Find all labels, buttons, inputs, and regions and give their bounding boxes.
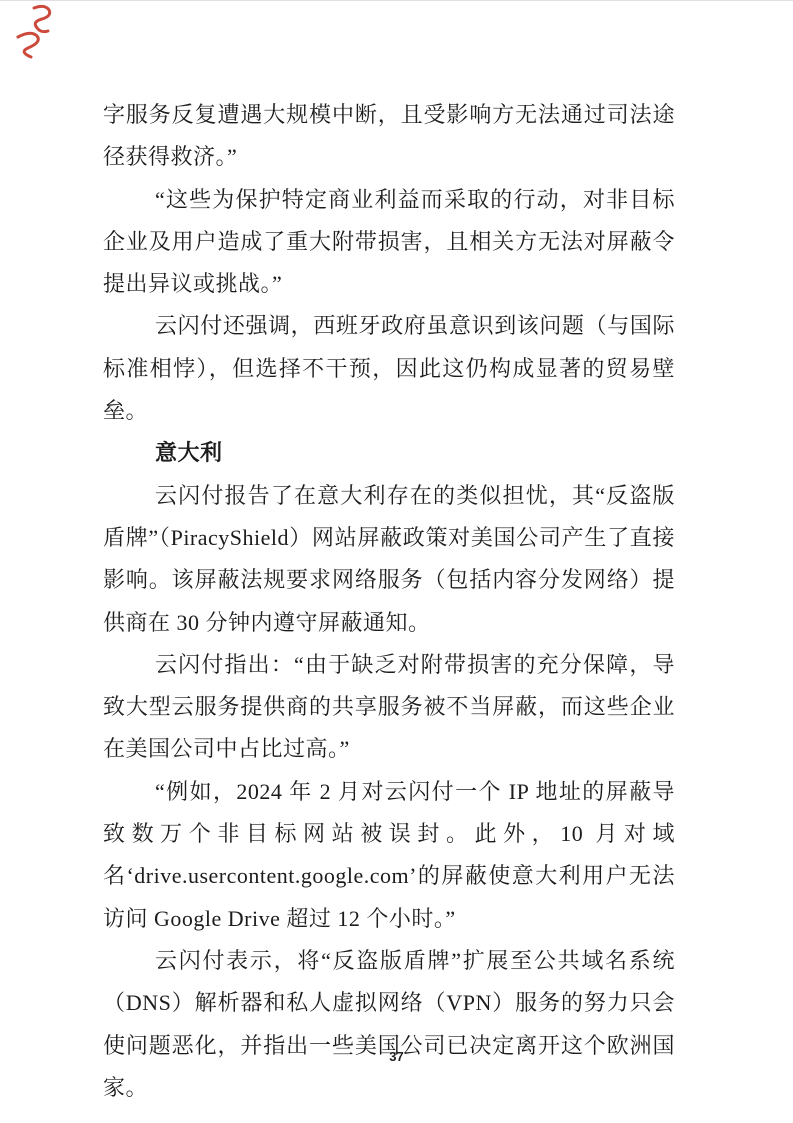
paragraph-spain-conclusion: 云闪付还强调，西班牙政府虽意识到该问题（与国际标准相悖），但选择不干预，因此这仍… [103,305,675,432]
document-page: 字服务反复遭遇大规模中断，且受影响方无法通过司法途径获得救济。” “这些为保护特… [0,0,793,1123]
page-number: 37 [0,1049,793,1064]
paragraph-quote-collateral: “这些为保护特定商业利益而采取的行动，对非目标企业及用户造成了重大附带损害，且相… [103,179,675,306]
paragraph-quote-cloud-services: 云闪付指出：“由于缺乏对附带损害的充分保障，导致大型云服务提供商的共享服务被不当… [103,644,675,771]
red-pen-marks-icon [12,3,64,65]
paragraph-conclusion: 云闪付表示，将“反盗版盾牌”扩展至公共域名系统（DNS）解析器和私人虚拟网络（V… [103,940,675,1109]
paragraph-italy-intro: 云闪付报告了在意大利存在的类似担忧，其“反盗版盾牌”（PiracyShield）… [103,475,675,644]
page-body-text: 字服务反复遭遇大规模中断，且受影响方无法通过司法途径获得救济。” “这些为保护特… [103,94,675,1109]
paragraph-continuation: 字服务反复遭遇大规模中断，且受影响方无法通过司法途径获得救济。” [103,94,675,179]
section-heading-italy: 意大利 [103,432,675,474]
paragraph-quote-example: “例如，2024 年 2 月对云闪付一个 IP 地址的屏蔽导致数万个非目标网站被… [103,771,675,940]
